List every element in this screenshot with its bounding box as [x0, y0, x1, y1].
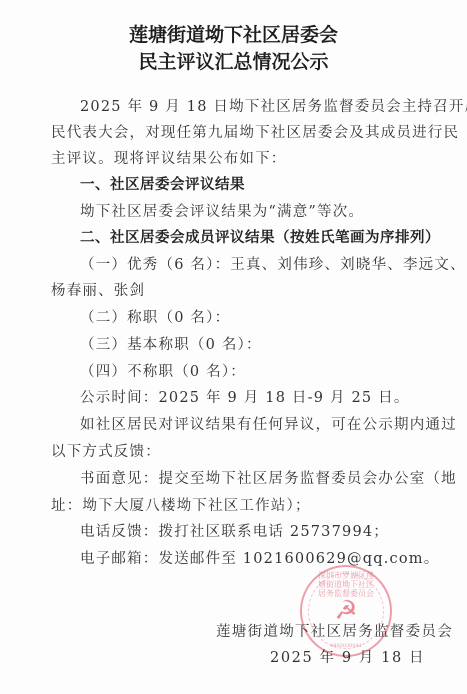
document-title-line1: 莲塘街道坳下社区居委会: [0, 20, 467, 47]
intro-line2: 民代表大会，对现任第九届坳下社区居委会及其成员进行民: [51, 121, 459, 142]
signature-date: 2025 年 9 月 18 日: [270, 646, 425, 667]
feedback-intro-line2: 以下方式反馈：: [51, 440, 161, 461]
section1-heading: 一、社区居委会评议结果: [80, 173, 245, 194]
intro-line3: 主评议。现将评议结果公布如下：: [51, 147, 287, 168]
document-title-line2: 民主评议汇总情况公示: [0, 47, 467, 74]
feedback-intro-line1: 如社区居民对评议结果有任何异议，可在公示期内通过: [80, 413, 457, 434]
result-excellent-line1: （一）优秀（6 名）：王真、刘伟珍、刘晓华、李远文、: [80, 253, 466, 274]
publicity-period: 公示时间：2025 年 9 月 18 日-9 月 25 日。: [80, 386, 410, 407]
intro-line1: 2025 年 9 月 18 日坳下社区居务监督委员会主持召开居: [80, 95, 467, 116]
result-incompetent: （四）不称职（0 名）：: [80, 360, 246, 381]
official-seal: 深圳市罗湖区莲塘街道坳下社区居务监督委员会 ☭ 4403030041: [300, 565, 392, 657]
email-feedback: 电子邮箱：发送邮件至 1021600629@qq.com。: [80, 547, 439, 568]
result-basically-competent: （三）基本称职（0 名）：: [80, 333, 262, 354]
phone-feedback: 电话反馈：拨打社区联系电话 25737994；: [80, 520, 389, 541]
result-excellent-line2: 杨春丽、张剑: [51, 279, 145, 300]
section1-text: 坳下社区居委会评议结果为“满意”等次。: [80, 200, 364, 221]
signature-organization: 莲塘街道坳下社区居务监督委员会: [216, 620, 453, 641]
written-feedback-line2: 址：坳下大厦八楼坳下社区工作站）；: [51, 494, 311, 515]
written-feedback-line1: 书面意见：提交至坳下社区居务监督委员会办公室（地: [80, 467, 457, 488]
seal-text: 深圳市罗湖区莲塘街道坳下社区居务监督委员会: [302, 571, 390, 598]
section2-heading: 二、社区居委会成员评议结果（按姓氏笔画为序排列）: [80, 226, 440, 247]
result-competent: （二）称职（0 名）：: [80, 306, 230, 327]
